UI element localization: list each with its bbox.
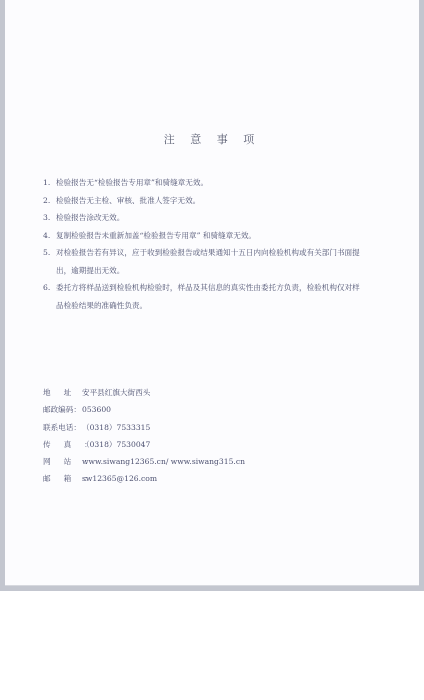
note-item: 5. 对检验报告若有异议，应于收到检验报告或结果通知十五日内向检验机构或有关部门… bbox=[43, 244, 383, 279]
contact-value: sw12365@126.com bbox=[82, 474, 157, 483]
contact-value: www.siwang12365.cn/ www.siwang315.cn bbox=[82, 457, 245, 466]
note-item: 6. 委托方将样品送到检验机构检验时，样品及其信息的真实性由委托方负责，检验机构… bbox=[43, 279, 383, 314]
note-item: 3. 检验报告涂改无效。 bbox=[43, 209, 383, 227]
note-text-continued: 出，逾期提出无效。 bbox=[56, 262, 383, 280]
contact-value: （0318）7533315 bbox=[82, 423, 150, 432]
contact-info: 地址：安平县红旗大街西头 邮政编码：053600 联系电话：（0318）7533… bbox=[43, 384, 245, 488]
note-number: 6. bbox=[43, 279, 50, 297]
note-text: 检验报告无“检验报告专用章”和骑缝章无效。 bbox=[56, 178, 208, 187]
contact-label: 联系电话： bbox=[43, 419, 82, 436]
contact-label: 邮箱： bbox=[43, 470, 82, 487]
contact-label: 邮政编码： bbox=[43, 401, 82, 418]
contact-fax: 传真：（0318）7530047 bbox=[43, 436, 245, 453]
contact-address: 地址：安平县红旗大街西头 bbox=[43, 384, 245, 401]
note-item: 2. 检验报告无主检、审核、批准人签字无效。 bbox=[43, 192, 383, 210]
contact-value: （0318）7530047 bbox=[82, 440, 150, 449]
note-number: 4. bbox=[43, 227, 50, 245]
contact-label: 网站： bbox=[43, 453, 82, 470]
note-text-continued: 品检验结果的准确性负责。 bbox=[56, 297, 383, 315]
contact-email: 邮箱：sw12365@126.com bbox=[43, 470, 245, 487]
note-item: 4. 复制检验报告未重新加盖“检验报告专用章” 和骑缝章无效。 bbox=[43, 227, 383, 245]
contact-label: 传真： bbox=[43, 436, 82, 453]
contact-postcode: 邮政编码：053600 bbox=[43, 401, 245, 418]
note-text: 检验报告涂改无效。 bbox=[56, 213, 124, 222]
note-text: 检验报告无主检、审核、批准人签字无效。 bbox=[56, 196, 200, 205]
note-text: 复制检验报告未重新加盖“检验报告专用章” 和骑缝章无效。 bbox=[56, 231, 256, 240]
contact-label: 地址： bbox=[43, 384, 82, 401]
note-number: 3. bbox=[43, 209, 50, 227]
contact-phone: 联系电话：（0318）7533315 bbox=[43, 419, 245, 436]
note-number: 2. bbox=[43, 192, 50, 210]
note-number: 1. bbox=[43, 174, 50, 192]
contact-value: 安平县红旗大街西头 bbox=[82, 388, 150, 397]
contact-value: 053600 bbox=[82, 405, 111, 414]
contact-website: 网站：www.siwang12365.cn/ www.siwang315.cn bbox=[43, 453, 245, 470]
note-number: 5. bbox=[43, 244, 50, 262]
note-text: 委托方将样品送到检验机构检验时，样品及其信息的真实性由委托方负责，检验机构仅对样 bbox=[56, 283, 360, 292]
note-item: 1. 检验报告无“检验报告专用章”和骑缝章无效。 bbox=[43, 174, 383, 192]
document-title: 注 意 事 项 bbox=[0, 131, 424, 147]
notes-list: 1. 检验报告无“检验报告专用章”和骑缝章无效。 2. 检验报告无主检、审核、批… bbox=[43, 174, 383, 314]
note-text: 对检验报告若有异议，应于收到检验报告或结果通知十五日内向检验机构或有关部门书面提 bbox=[56, 248, 360, 257]
